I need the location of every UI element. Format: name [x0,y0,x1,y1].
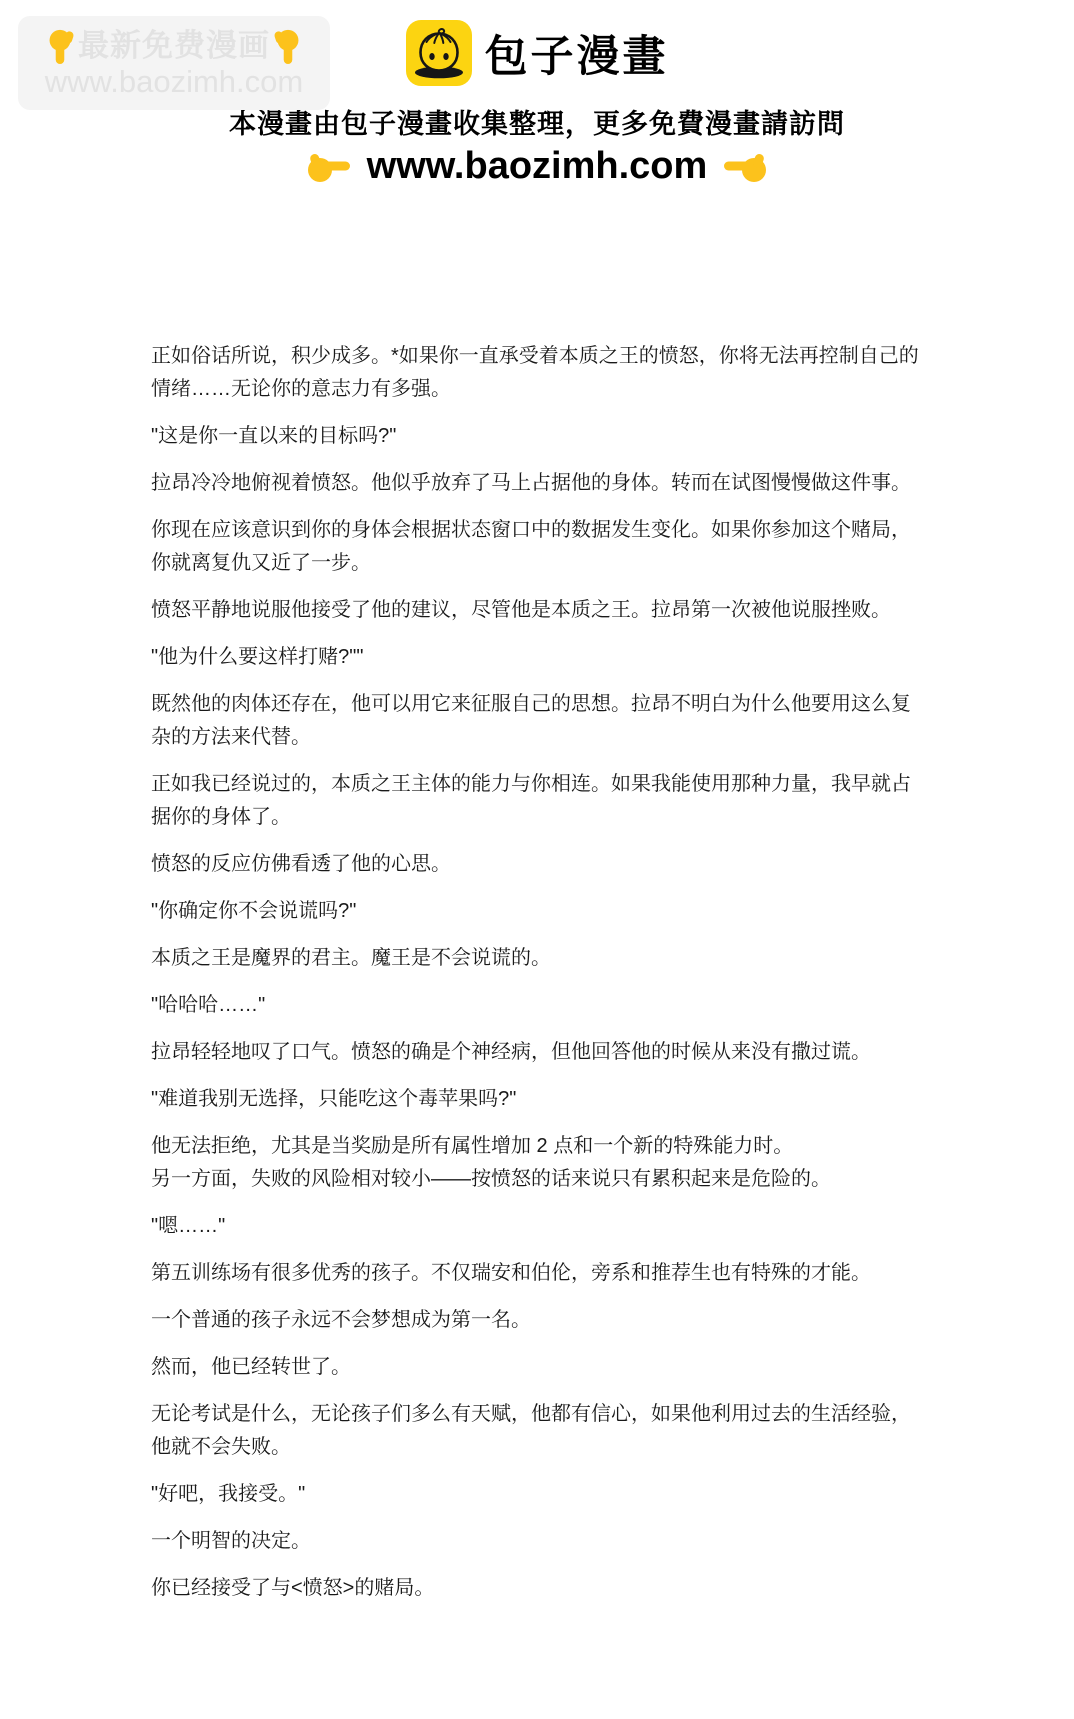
novel-paragraph: "哈哈哈……" [151,989,923,1022]
point-down-icon [272,27,304,65]
point-down-icon [44,27,76,65]
novel-paragraph: "好吧，我接受。" [151,1478,923,1511]
novel-paragraph: 既然他的肉体还存在，他可以用它来征服自己的思想。拉昂不明白为什么他要用这么复杂的… [151,688,923,754]
watermark-title: 最新免费漫画 [78,30,270,63]
novel-paragraph: "这是你一直以来的目标吗?" [151,420,923,453]
brand-name: 包子漫畫 [485,23,669,84]
point-right-icon [305,147,351,187]
novel-paragraph: "你确定你不会说谎吗?" [151,895,923,928]
novel-paragraph: "他为什么要这样打赌?"" [151,641,923,674]
novel-paragraph: 第五训练场有很多优秀的孩子。不仅瑞安和伯伦，旁系和推荐生也有特殊的才能。 [151,1257,923,1290]
novel-paragraph: 一个明智的决定。 [151,1525,923,1558]
novel-paragraph: 本质之王是魔界的君主。魔王是不会说谎的。 [151,942,923,975]
site-url-text[interactable]: www.baozimh.com [367,145,708,188]
novel-paragraph: 一个普通的孩子永远不会梦想成为第一名。 [151,1304,923,1337]
novel-paragraph: "嗯……" [151,1210,923,1243]
novel-paragraph: 你现在应该意识到你的身体会根据状态窗口中的数据发生变化。如果你参加这个赌局，你就… [151,514,923,580]
point-left-icon [723,147,769,187]
page: 最新免费漫画 www.baozimh.com [0,0,1074,1719]
novel-text: 正如俗话所说，积少成多。*如果你一直承受着本质之王的愤怒，你将无法再控制自己的情… [151,340,923,1605]
baozi-bun-icon [406,20,472,86]
novel-paragraph: 拉昂冷冷地俯视着愤怒。他似乎放弃了马上占据他的身体。转而在试图慢慢做这件事。 [151,467,923,500]
novel-paragraph: 然而，他已经转世了。 [151,1351,923,1384]
site-link[interactable]: www.baozimh.com [0,145,1074,188]
watermark-line1: 最新免费漫画 [44,27,304,65]
novel-paragraph: 无论考试是什么，无论孩子们多么有天赋，他都有信心，如果他利用过去的生活经验，他就… [151,1398,923,1464]
novel-paragraph: 正如俗话所说，积少成多。*如果你一直承受着本质之王的愤怒，你将无法再控制自己的情… [151,340,923,406]
novel-paragraph: 你已经接受了与<愤怒>的赌局。 [151,1572,923,1605]
novel-paragraph: 正如我已经说过的，本质之王主体的能力与你相连。如果我能使用那种力量，我早就占据你… [151,768,923,834]
novel-paragraph: 拉昂轻轻地叹了口气。愤怒的确是个神经病，但他回答他的时候从来没有撒过谎。 [151,1036,923,1069]
watermark-badge: 最新免费漫画 www.baozimh.com [18,16,330,110]
novel-paragraph: "难道我别无选择，只能吃这个毒苹果吗?" [151,1083,923,1116]
watermark-url: www.baozimh.com [45,65,303,99]
novel-paragraph: 愤怒的反应仿佛看透了他的心思。 [151,848,923,881]
novel-paragraph: 他无法拒绝，尤其是当奖励是所有属性增加 2 点和一个新的特殊能力时。 另一方面，… [151,1130,923,1196]
novel-paragraph: 愤怒平静地说服他接受了他的建议，尽管他是本质之王。拉昂第一次被他说服挫败。 [151,594,923,627]
